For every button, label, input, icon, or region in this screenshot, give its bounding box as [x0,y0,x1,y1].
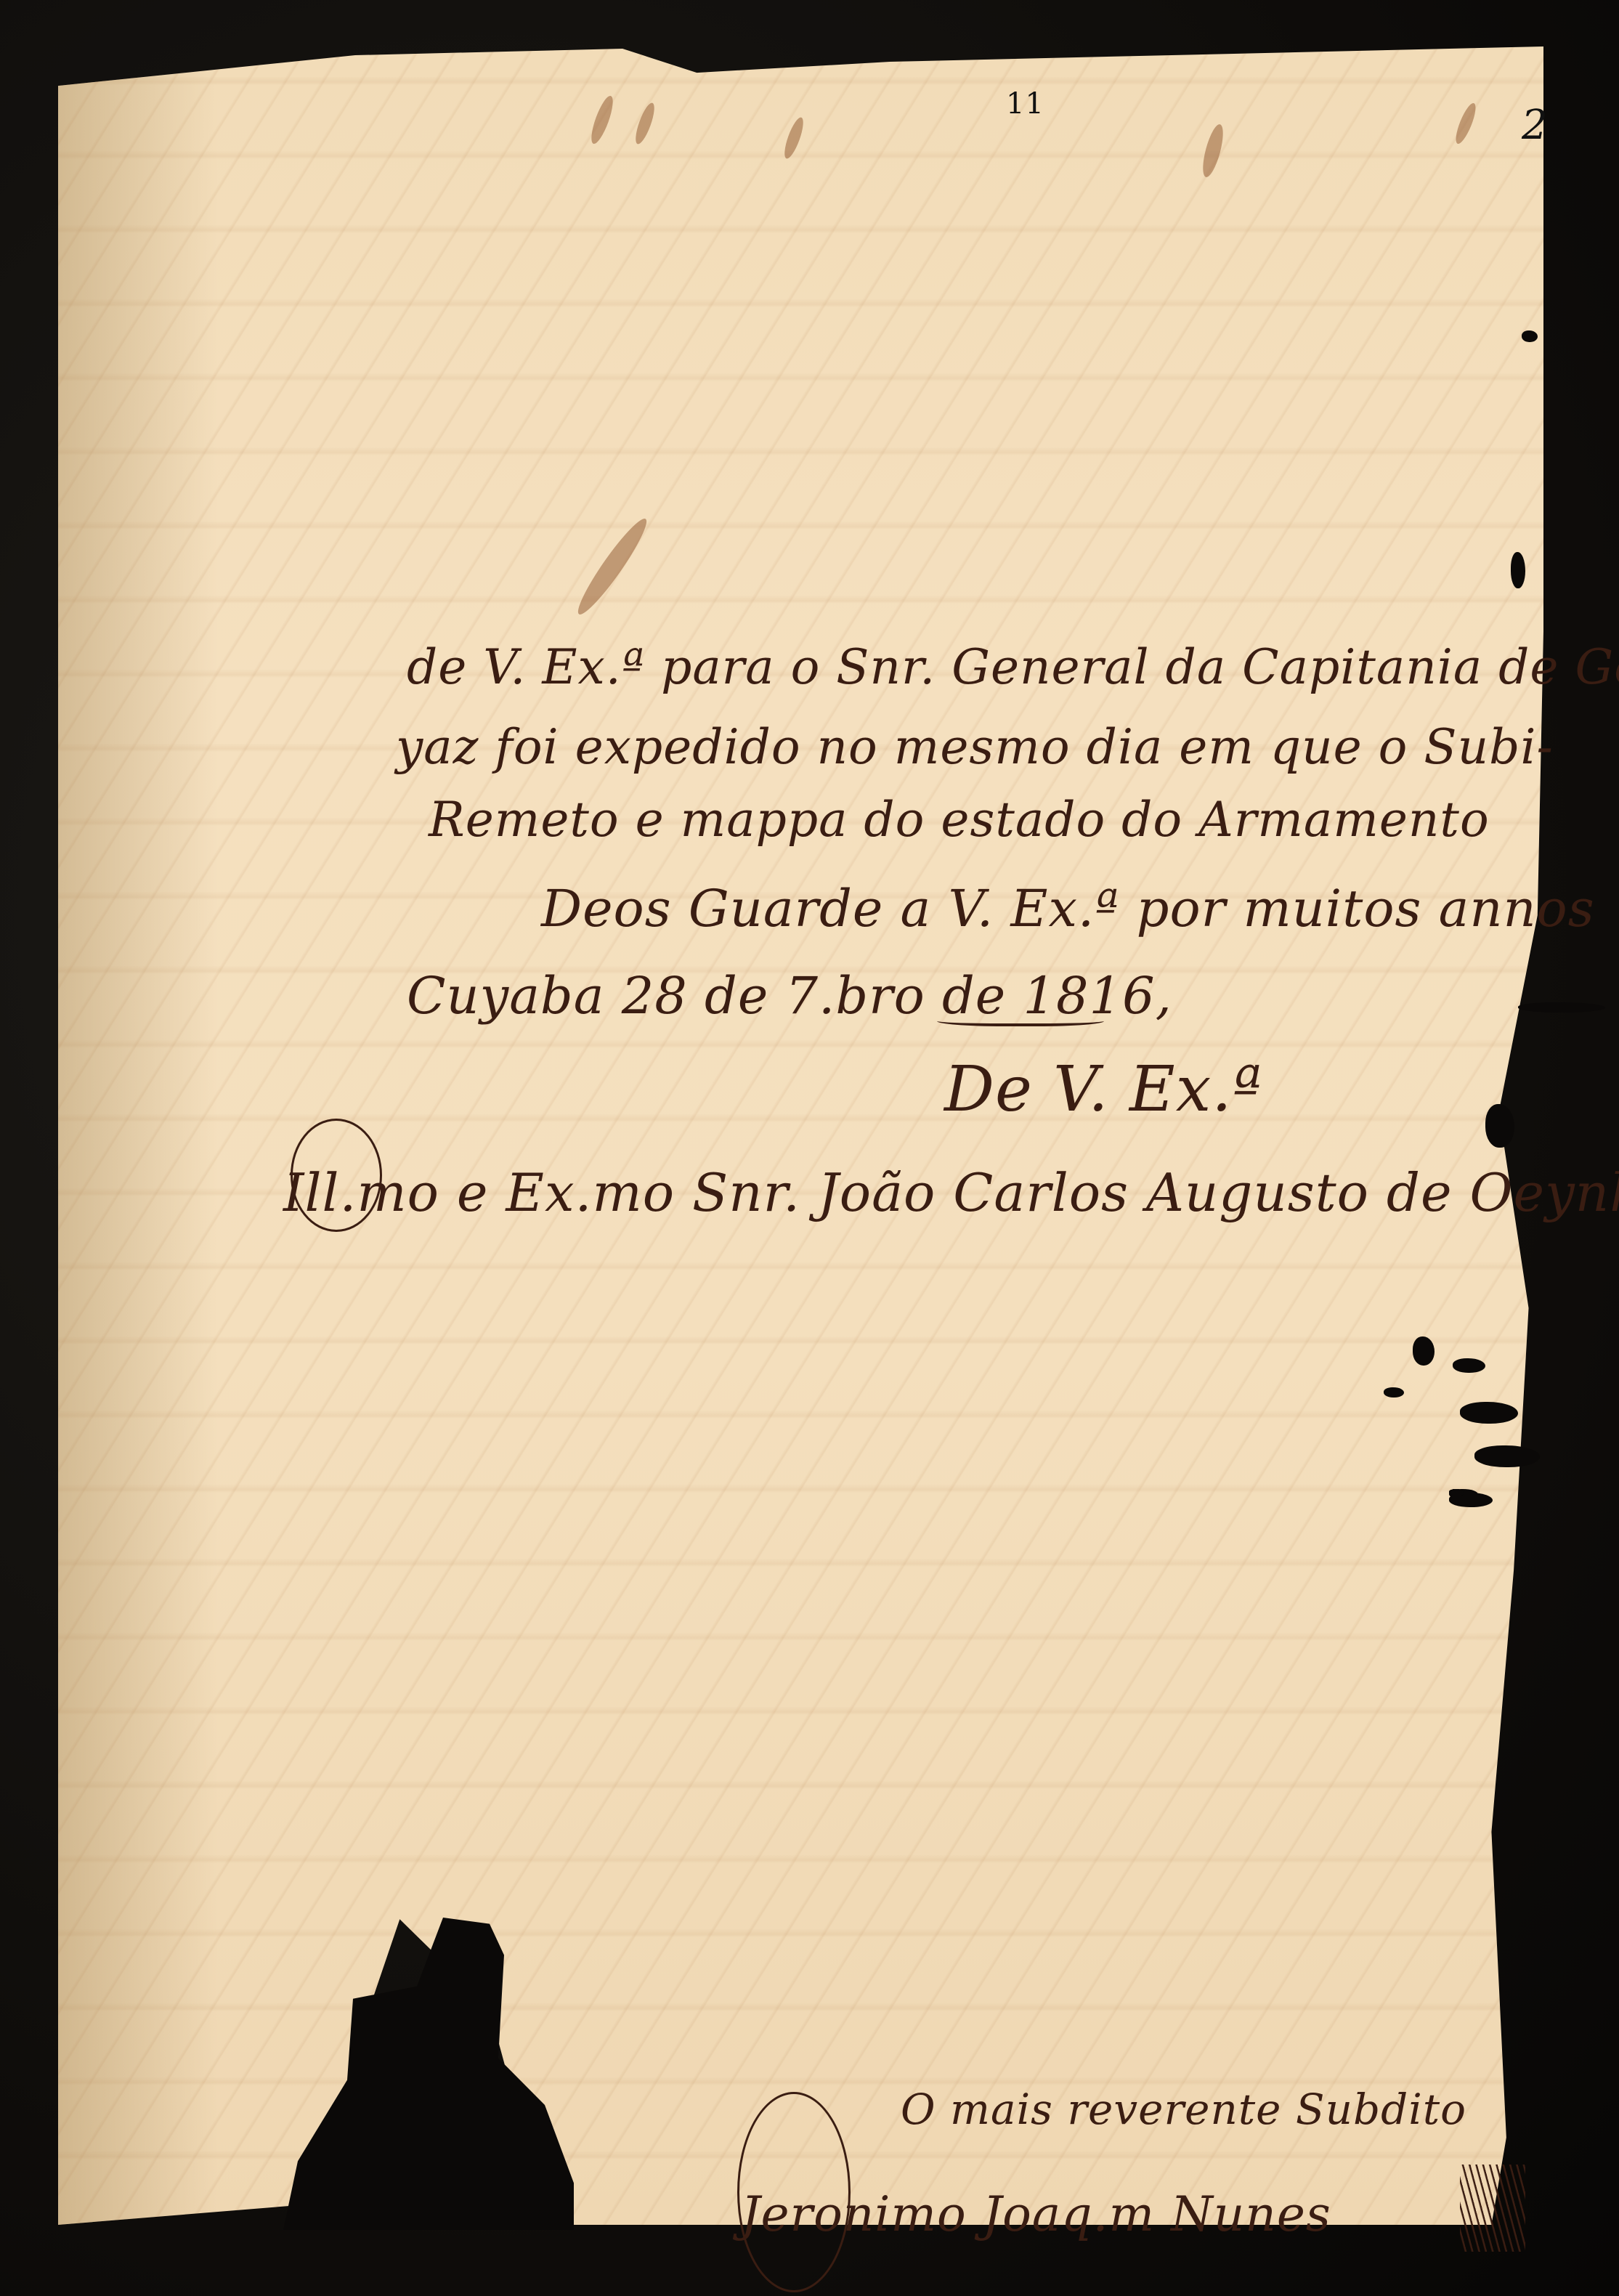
body-line-3: Remeto e mappa do estado do Armamento [429,792,1490,848]
insect-hole [1384,1387,1404,1398]
insect-hole [1453,1358,1485,1373]
addressee-flourish [291,1119,382,1232]
insect-hole [1511,552,1525,588]
body-line-1: de V. Ex.ª para o Snr. General da Capita… [407,639,1619,695]
subscription-line: O mais reverente Subdito [901,2085,1466,2134]
corner-ink-mark: 2 [1522,102,1549,149]
ink-bleed-through [58,42,1543,2225]
insect-hole [1449,1489,1464,1496]
insect-hole [1485,1104,1514,1148]
manuscript-page [58,42,1543,2225]
date-underline [937,1013,1104,1026]
page-number-mark: 11 [1006,87,1044,121]
insect-hole [1460,1402,1518,1424]
signature-rubric-hatching [1460,2165,1525,2252]
insect-hole [1518,1002,1605,1013]
insect-hole [1413,1336,1435,1366]
insect-hole [1522,330,1538,342]
insect-hole [1474,1445,1540,1467]
addressee: Ill.mo e Ex.mo Snr. João Carlos Augusto … [283,1162,1619,1223]
body-line-2: yaz foi expedido no mesmo dia em que o S… [396,719,1554,775]
signature-flourish [737,2092,851,2292]
closing-salutation: De V. Ex.ª [944,1053,1262,1126]
body-line-4-blessing: Deos Guarde a V. Ex.ª por muitos annos [541,879,1595,938]
